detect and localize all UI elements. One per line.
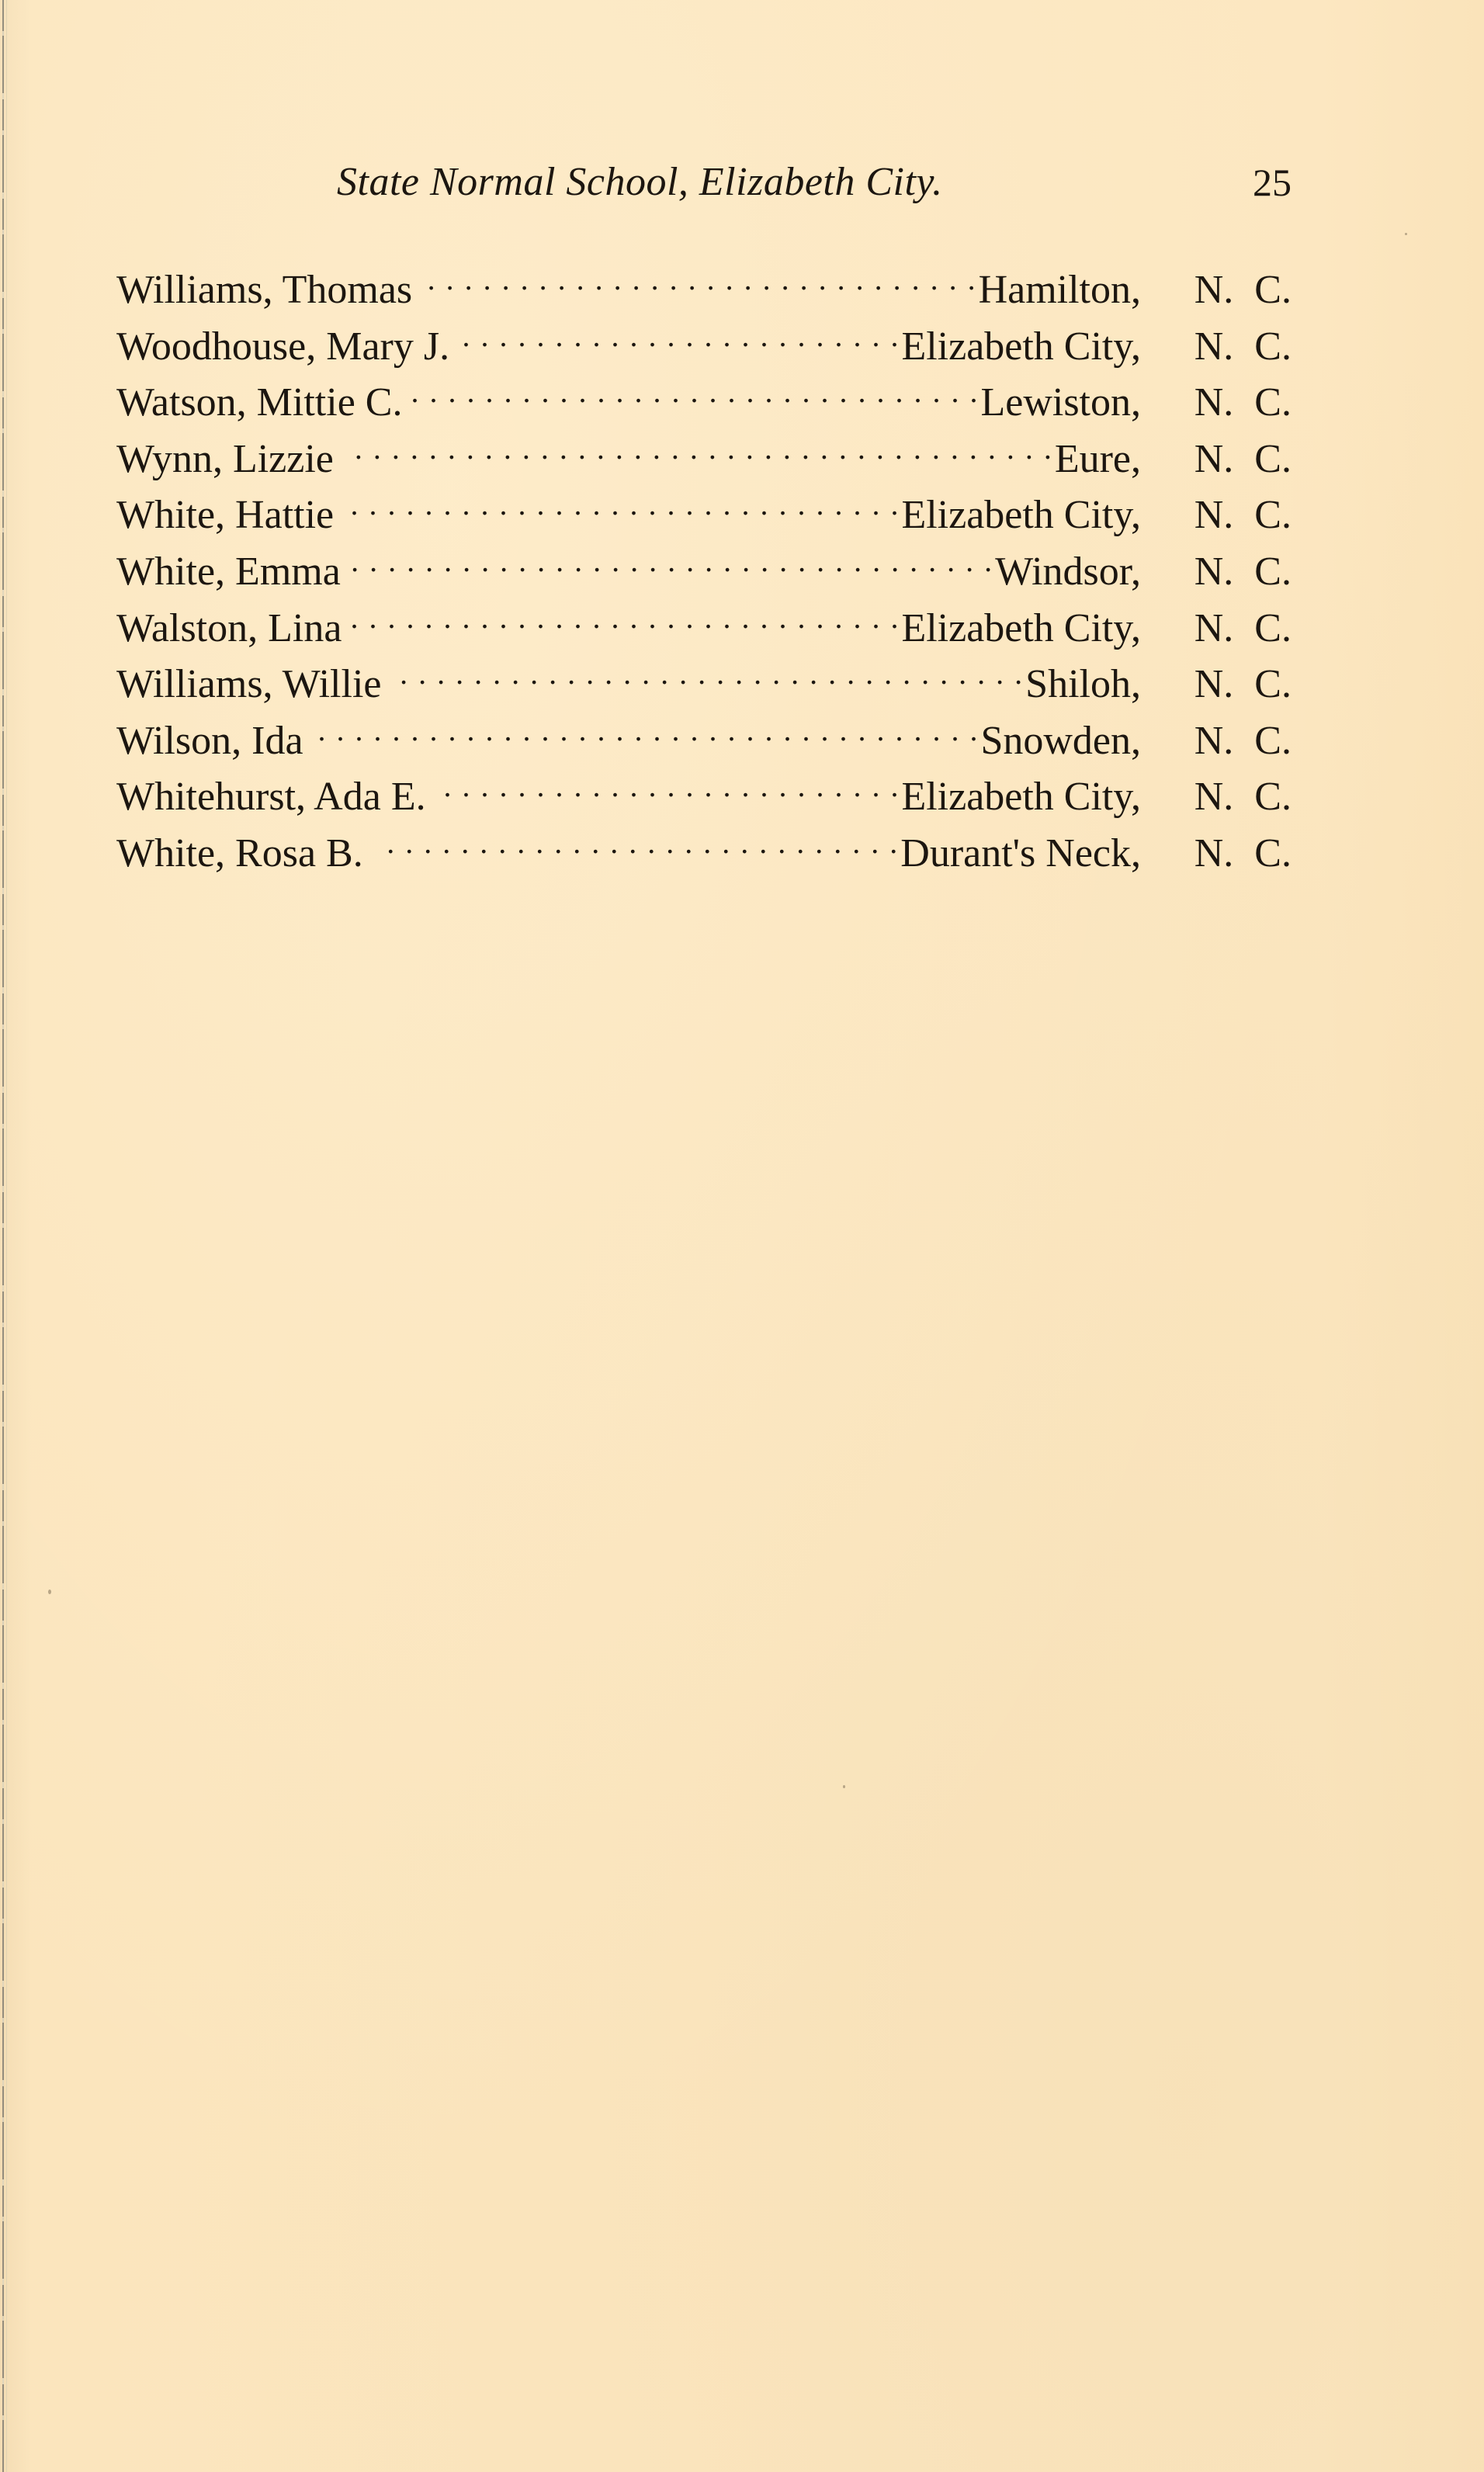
dot-leader bbox=[423, 256, 976, 303]
paper-speck bbox=[48, 1590, 51, 1594]
student-name: Woodhouse, Mary J. bbox=[116, 324, 460, 370]
student-state: N. C. bbox=[1141, 324, 1292, 370]
roster-row: White, Hattie Elizabeth City, N. C. bbox=[116, 481, 1292, 538]
student-roster: Williams, Thomas Hamilton, N. C. Woodhou… bbox=[116, 256, 1292, 876]
page-binding-edge bbox=[2, 0, 4, 2472]
dot-leader bbox=[352, 595, 900, 641]
roster-row: Wilson, Ida Snowden, N. C. bbox=[116, 707, 1292, 764]
student-name: Walston, Lina bbox=[116, 605, 352, 652]
dot-leader bbox=[437, 763, 900, 810]
roster-row: Woodhouse, Mary J. Elizabeth City, N. C. bbox=[116, 313, 1292, 369]
student-town: Elizabeth City, bbox=[900, 492, 1141, 539]
dot-leader bbox=[314, 707, 980, 754]
student-town: Lewiston, bbox=[979, 380, 1141, 426]
roster-row: White, Emma Windsor, N. C. bbox=[116, 538, 1292, 595]
dot-leader bbox=[460, 313, 900, 359]
roster-row: Williams, Thomas Hamilton, N. C. bbox=[116, 256, 1292, 313]
student-town: Windsor, bbox=[993, 549, 1141, 595]
student-state: N. C. bbox=[1141, 718, 1292, 764]
student-name: Wilson, Ida bbox=[116, 718, 314, 764]
student-town: Elizabeth City, bbox=[900, 324, 1141, 370]
student-state: N. C. bbox=[1141, 830, 1292, 877]
student-state: N. C. bbox=[1141, 605, 1292, 652]
paper-speck bbox=[843, 1785, 845, 1788]
student-town: Elizabeth City, bbox=[900, 605, 1141, 652]
dot-leader bbox=[345, 481, 900, 528]
student-name: Whitehurst, Ada E. bbox=[116, 774, 437, 820]
student-town: Hamilton, bbox=[977, 267, 1141, 314]
page-edge-line bbox=[6, 0, 7, 2472]
student-state: N. C. bbox=[1141, 549, 1292, 595]
dot-leader bbox=[345, 425, 1053, 472]
roster-row: Walston, Lina Elizabeth City, N. C. bbox=[116, 595, 1292, 651]
roster-row: Williams, Willie Shiloh, N. C. bbox=[116, 650, 1292, 707]
roster-row: White, Rosa B. Durant's Neck, N. C. bbox=[116, 820, 1292, 876]
running-head: State Normal School, Elizabeth City. bbox=[337, 159, 943, 206]
student-town: Snowden, bbox=[979, 718, 1141, 764]
student-town: Eure, bbox=[1053, 436, 1141, 483]
student-state: N. C. bbox=[1141, 267, 1292, 314]
student-state: N. C. bbox=[1141, 492, 1292, 539]
dot-leader bbox=[352, 538, 993, 584]
student-name: White, Rosa B. bbox=[116, 830, 374, 877]
student-name: White, Hattie bbox=[116, 492, 345, 539]
student-state: N. C. bbox=[1141, 661, 1292, 708]
dot-leader bbox=[374, 820, 900, 866]
student-name: Wynn, Lizzie bbox=[116, 436, 345, 483]
page-number: 25 bbox=[1253, 159, 1292, 206]
paper-speck bbox=[1405, 233, 1407, 235]
student-name: Watson, Mittie C. bbox=[116, 380, 413, 426]
student-town: Shiloh, bbox=[1024, 661, 1141, 708]
student-name: Williams, Willie bbox=[116, 661, 392, 708]
student-name: White, Emma bbox=[116, 549, 352, 595]
roster-row: Wynn, Lizzie Eure, N. C. bbox=[116, 425, 1292, 482]
student-state: N. C. bbox=[1141, 436, 1292, 483]
dot-leader bbox=[413, 369, 979, 415]
dot-leader bbox=[392, 650, 1024, 697]
roster-row: Whitehurst, Ada E. Elizabeth City, N. C. bbox=[116, 763, 1292, 820]
student-state: N. C. bbox=[1141, 774, 1292, 820]
student-state: N. C. bbox=[1141, 380, 1292, 426]
student-town: Elizabeth City, bbox=[900, 774, 1141, 820]
roster-row: Watson, Mittie C. Lewiston, N. C. bbox=[116, 369, 1292, 425]
student-name: Williams, Thomas bbox=[116, 267, 423, 314]
student-town: Durant's Neck, bbox=[899, 830, 1141, 877]
